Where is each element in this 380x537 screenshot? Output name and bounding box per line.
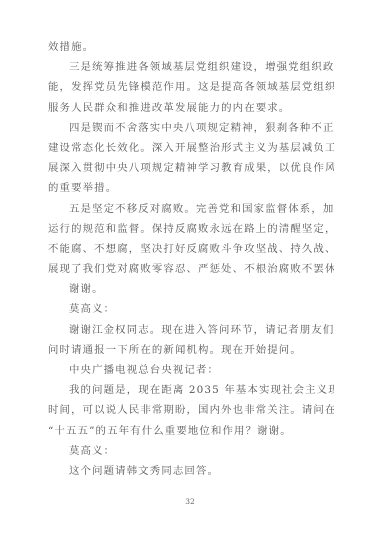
document-page: 效措施。三是统筹推进各领域基层党组织建设，增强党组织政治功能和组织功能，发挥党员…	[0, 0, 380, 537]
document-body: 效措施。三是统筹推进各领域基层党组织建设，增强党组织政治功能和组织功能，发挥党员…	[48, 37, 334, 481]
text-line: 展现了我们党对腐败零容忍、严惩处、不根治腐败不罢休的坚定决心。	[48, 259, 334, 279]
text-line: 能，发挥党员先锋模范作用。这是提高各领域基层党组织领导基层治理、	[48, 77, 334, 97]
text-line: 莫高义：	[48, 441, 334, 461]
text-line: 展深入贯彻中央八项规定精神学习教育成果，以优良作风为发展凝心聚力	[48, 158, 334, 178]
text-line: 这个问题请韩文秀同志回答。	[48, 461, 334, 481]
text-line: 谢谢江金权同志。现在进入答问环节，请记者朋友们提问，大家在提	[48, 320, 334, 340]
text-line: 中央广播电视总台央视记者：	[48, 360, 334, 380]
text-line: 莫高义：	[48, 299, 334, 319]
text-line: “十五五”的五年有什么重要地位和作用？谢谢。	[48, 421, 334, 441]
text-line: 五是坚定不移反对腐败。完善党和国家监督体系，加强对权力配置、	[48, 199, 334, 219]
text-line: 的重要举措。	[48, 178, 334, 198]
text-line: 服务人民群众和推进改革发展能力的内在要求。	[48, 98, 334, 118]
text-line: 时间，可以说人民非常期盼，国内外也非常关注。请问在这一历史进程中，	[48, 400, 334, 420]
text-line: 谢谢。	[48, 279, 334, 299]
page-number: 32	[0, 497, 380, 506]
text-line: 我的问题是，现在距离 2035 年基本实现社会主义现代化还有 10 年的	[48, 380, 334, 400]
text-line: 运行的规范和监督。保持反腐败永远在路上的清醒坚定，一体推进不敢腐、	[48, 219, 334, 239]
text-line: 三是统筹推进各领域基层党组织建设，增强党组织政治功能和组织功	[48, 57, 334, 77]
text-line: 不能腐、不想腐，坚决打好反腐败斗争攻坚战、持久战、总体战。这充分	[48, 239, 334, 259]
text-line: 四是锲而不舍落实中央八项规定精神，狠刹各种不正之风，推进作风	[48, 118, 334, 138]
text-line: 建设常态化长效化。深入开展整治形式主义为基层减负工作。这是巩固拓	[48, 138, 334, 158]
text-line: 问时请通报一下所在的新闻机构。现在开始提问。	[48, 340, 334, 360]
text-line: 效措施。	[48, 37, 334, 57]
